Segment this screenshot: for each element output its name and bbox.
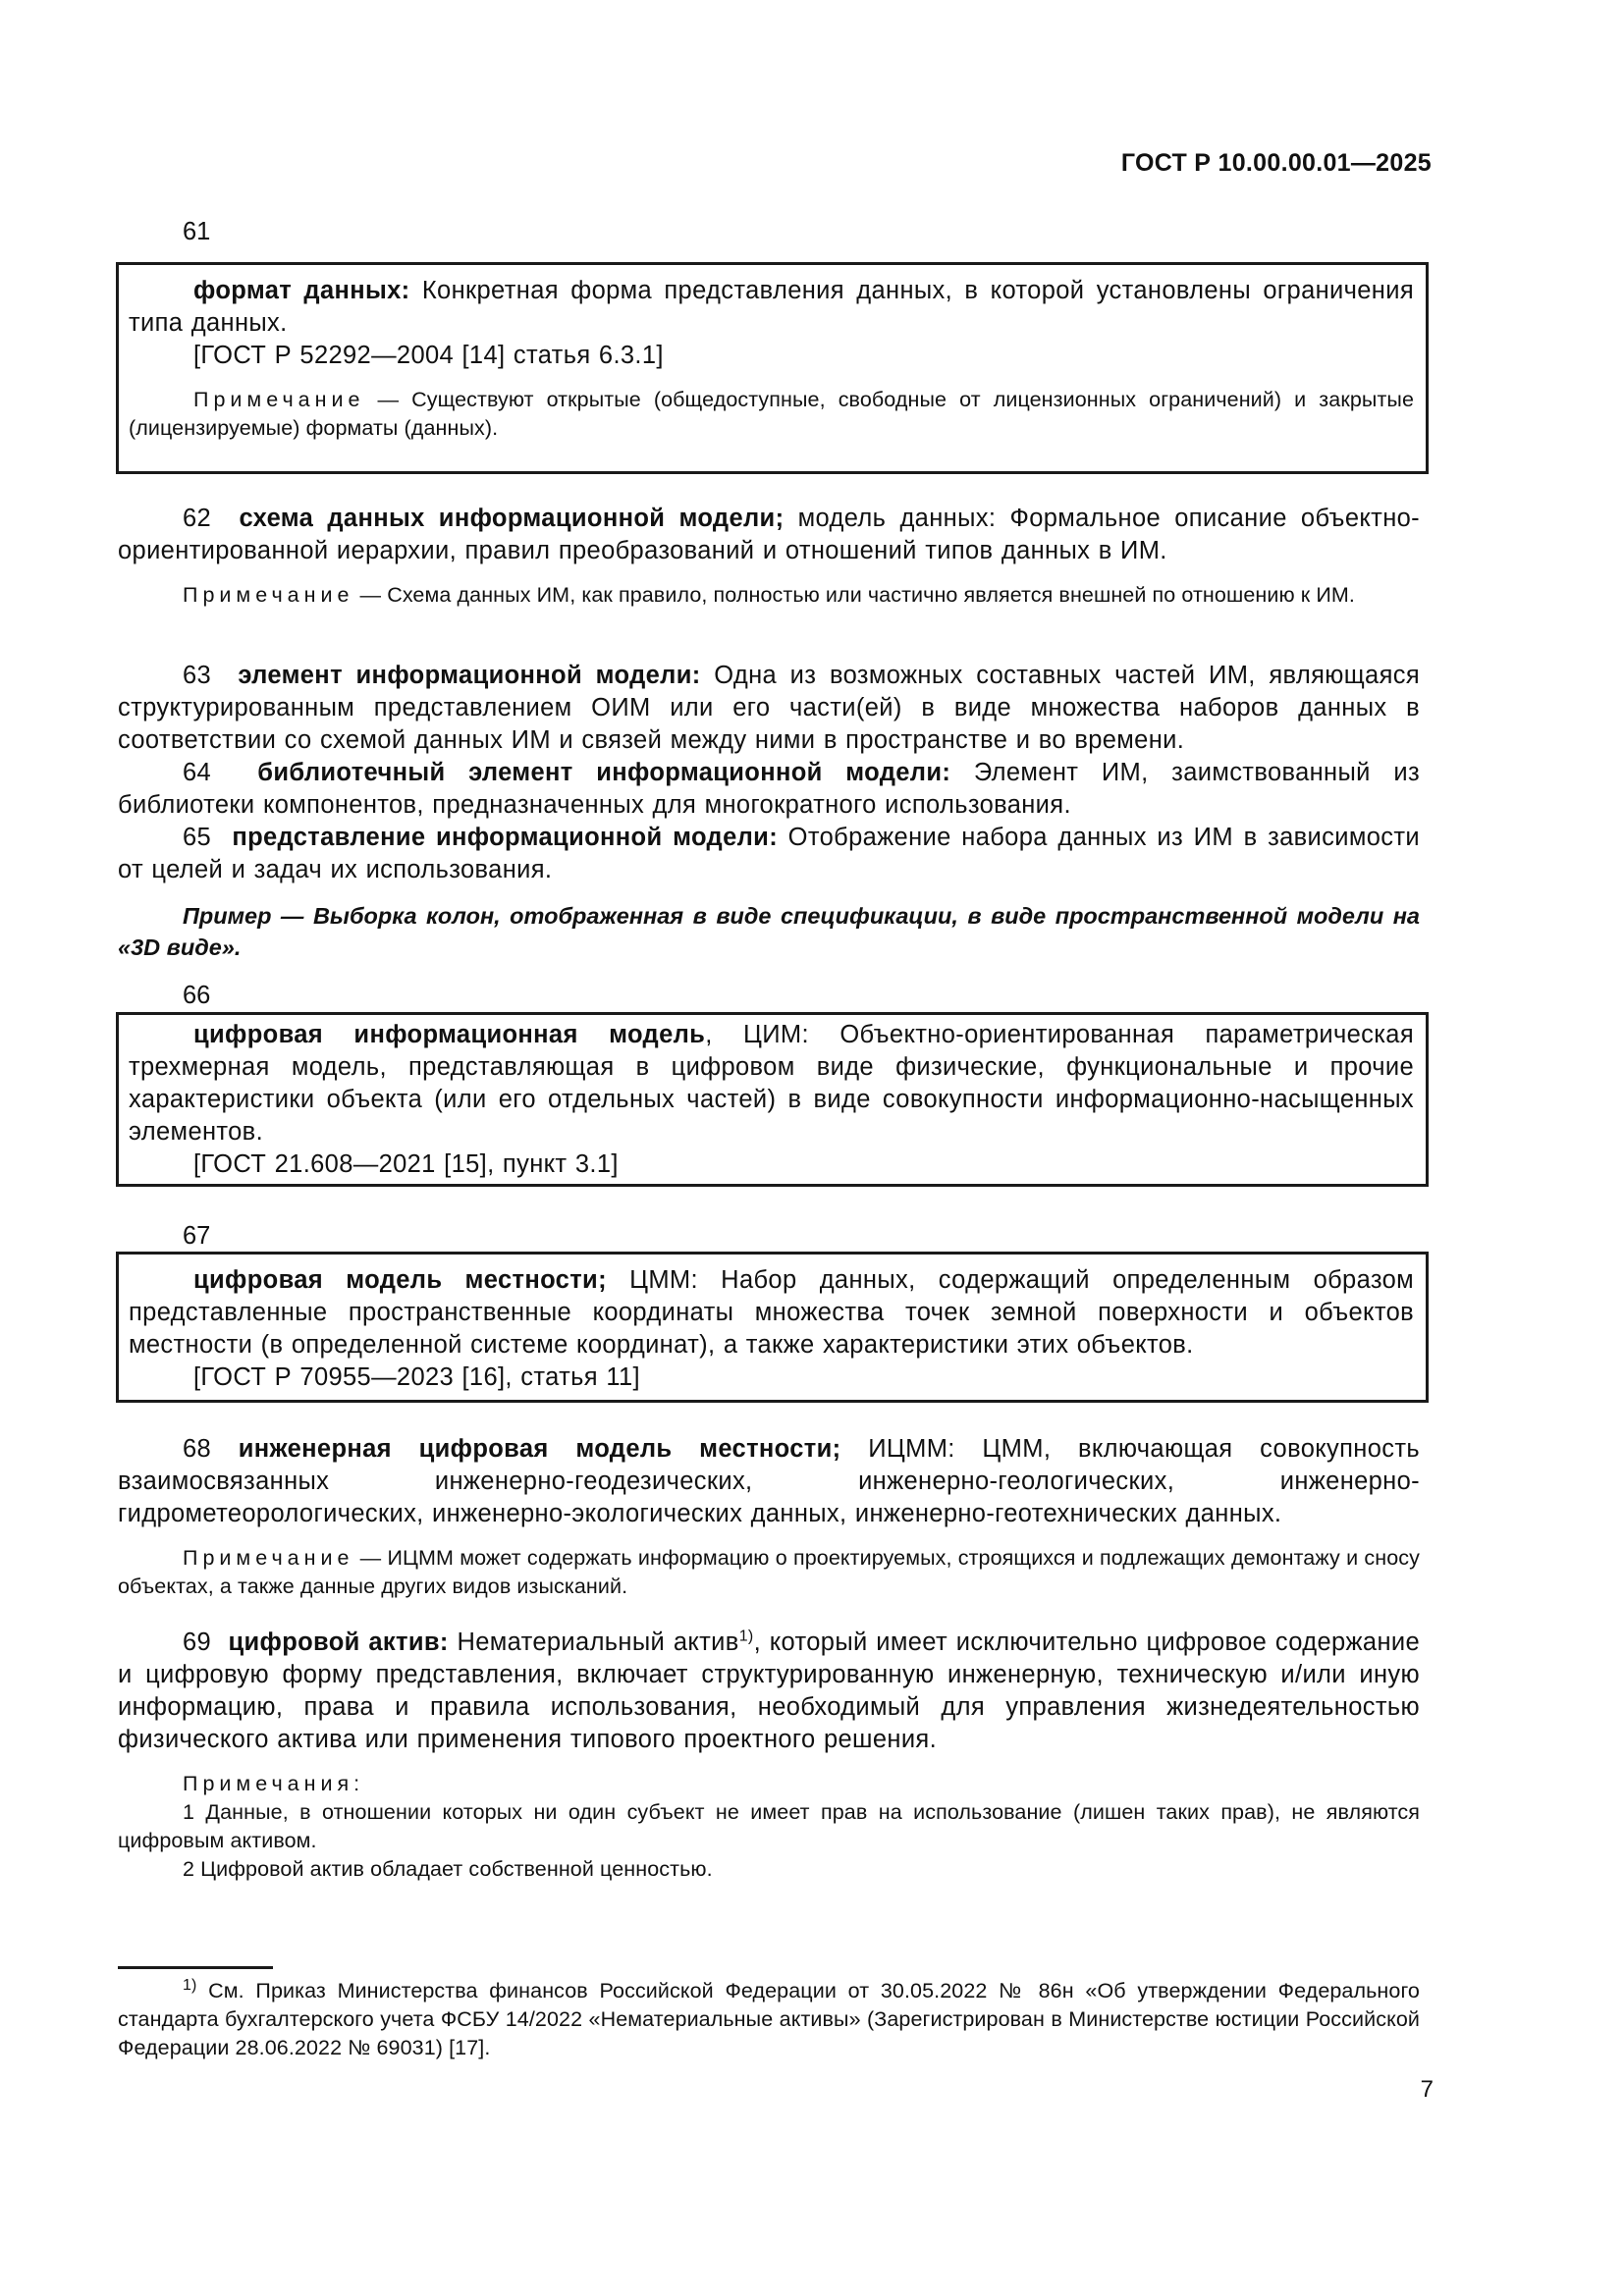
term-box-67: цифровая модель местности; ЦММ: Набор да… — [116, 1252, 1429, 1403]
document-page: ГОСТ Р 10.00.00.01—2025 61 формат данных… — [0, 0, 1624, 2296]
footnote-reference[interactable]: 1) — [739, 1629, 754, 1645]
term-number-61: 61 — [183, 218, 210, 246]
term-65: представление информационной модели: — [232, 824, 778, 851]
term-entry-69: 69 цифровой актив: Нематериальный актив1… — [118, 1627, 1420, 1884]
footnote-separator — [118, 1966, 273, 1969]
term-source-66: [ГОСТ 21.608—2021 [15], пункт 3.1] — [129, 1148, 1414, 1181]
term-number-66: 66 — [183, 982, 210, 1010]
term-example-65: Пример — Выборка колон, отображенная в в… — [118, 900, 1420, 963]
term-number-67: 67 — [183, 1222, 210, 1251]
term-66: цифровая информационная модель — [193, 1021, 705, 1048]
term-note-69-1: 1 Данные, в отношении которых ни один су… — [118, 1798, 1420, 1855]
term-entry-65: 65 представление информационной модели: … — [118, 822, 1420, 886]
term-64: библиотечный элемент информационной моде… — [257, 759, 950, 786]
term-note-68: Примечание — ИЦММ может содержать информ… — [118, 1544, 1420, 1601]
term-63: элемент информационной модели: — [238, 662, 700, 689]
term-notes-label-69: Примечания: — [118, 1770, 1420, 1798]
term-entry-63: 63 элемент информационной модели: Одна и… — [118, 660, 1420, 757]
term-source-61: [ГОСТ Р 52292—2004 [14] статья 6.3.1] — [129, 340, 1414, 372]
term-entries-63-65: 63 элемент информационной модели: Одна и… — [118, 660, 1420, 963]
term-69: цифровой актив: — [228, 1629, 448, 1656]
term-box-61: формат данных: Конкретная форма представ… — [116, 262, 1429, 474]
document-header-id: ГОСТ Р 10.00.00.01—2025 — [1121, 149, 1432, 178]
term-67: цифровая модель местности; — [193, 1266, 607, 1294]
page-number: 7 — [1421, 2076, 1434, 2104]
footnote-marker: 1) — [183, 1977, 196, 1994]
term-entry-64: 64 библиотечный элемент информационной м… — [118, 757, 1420, 822]
term-note-62: Примечание — Схема данных ИМ, как правил… — [118, 581, 1420, 610]
term-box-66: цифровая информационная модель, ЦИМ: Объ… — [116, 1012, 1429, 1187]
term-61: формат данных: — [193, 277, 410, 304]
term-definition-67: цифровая модель местности; ЦММ: Набор да… — [129, 1264, 1414, 1362]
term-definition-61: формат данных: Конкретная форма представ… — [129, 275, 1414, 340]
footnote: 1) См. Приказ Министерства финансов Росс… — [118, 1977, 1420, 2062]
term-entry-68: 68 инженерная цифровая модель местности;… — [118, 1433, 1420, 1601]
term-62: схема данных информационной модели; — [239, 505, 784, 532]
term-entry-62: 62 схема данных информационной модели; м… — [118, 503, 1420, 610]
term-source-67: [ГОСТ Р 70955—2023 [16], статья 11] — [129, 1362, 1414, 1394]
term-definition-66: цифровая информационная модель, ЦИМ: Объ… — [129, 1019, 1414, 1148]
term-68: инженерная цифровая модель местности; — [239, 1435, 841, 1463]
term-note-69-2: 2 Цифровой актив обладает собственной це… — [118, 1855, 1420, 1884]
term-note-61: Примечание — Существуют открытые (общедо… — [129, 386, 1414, 443]
